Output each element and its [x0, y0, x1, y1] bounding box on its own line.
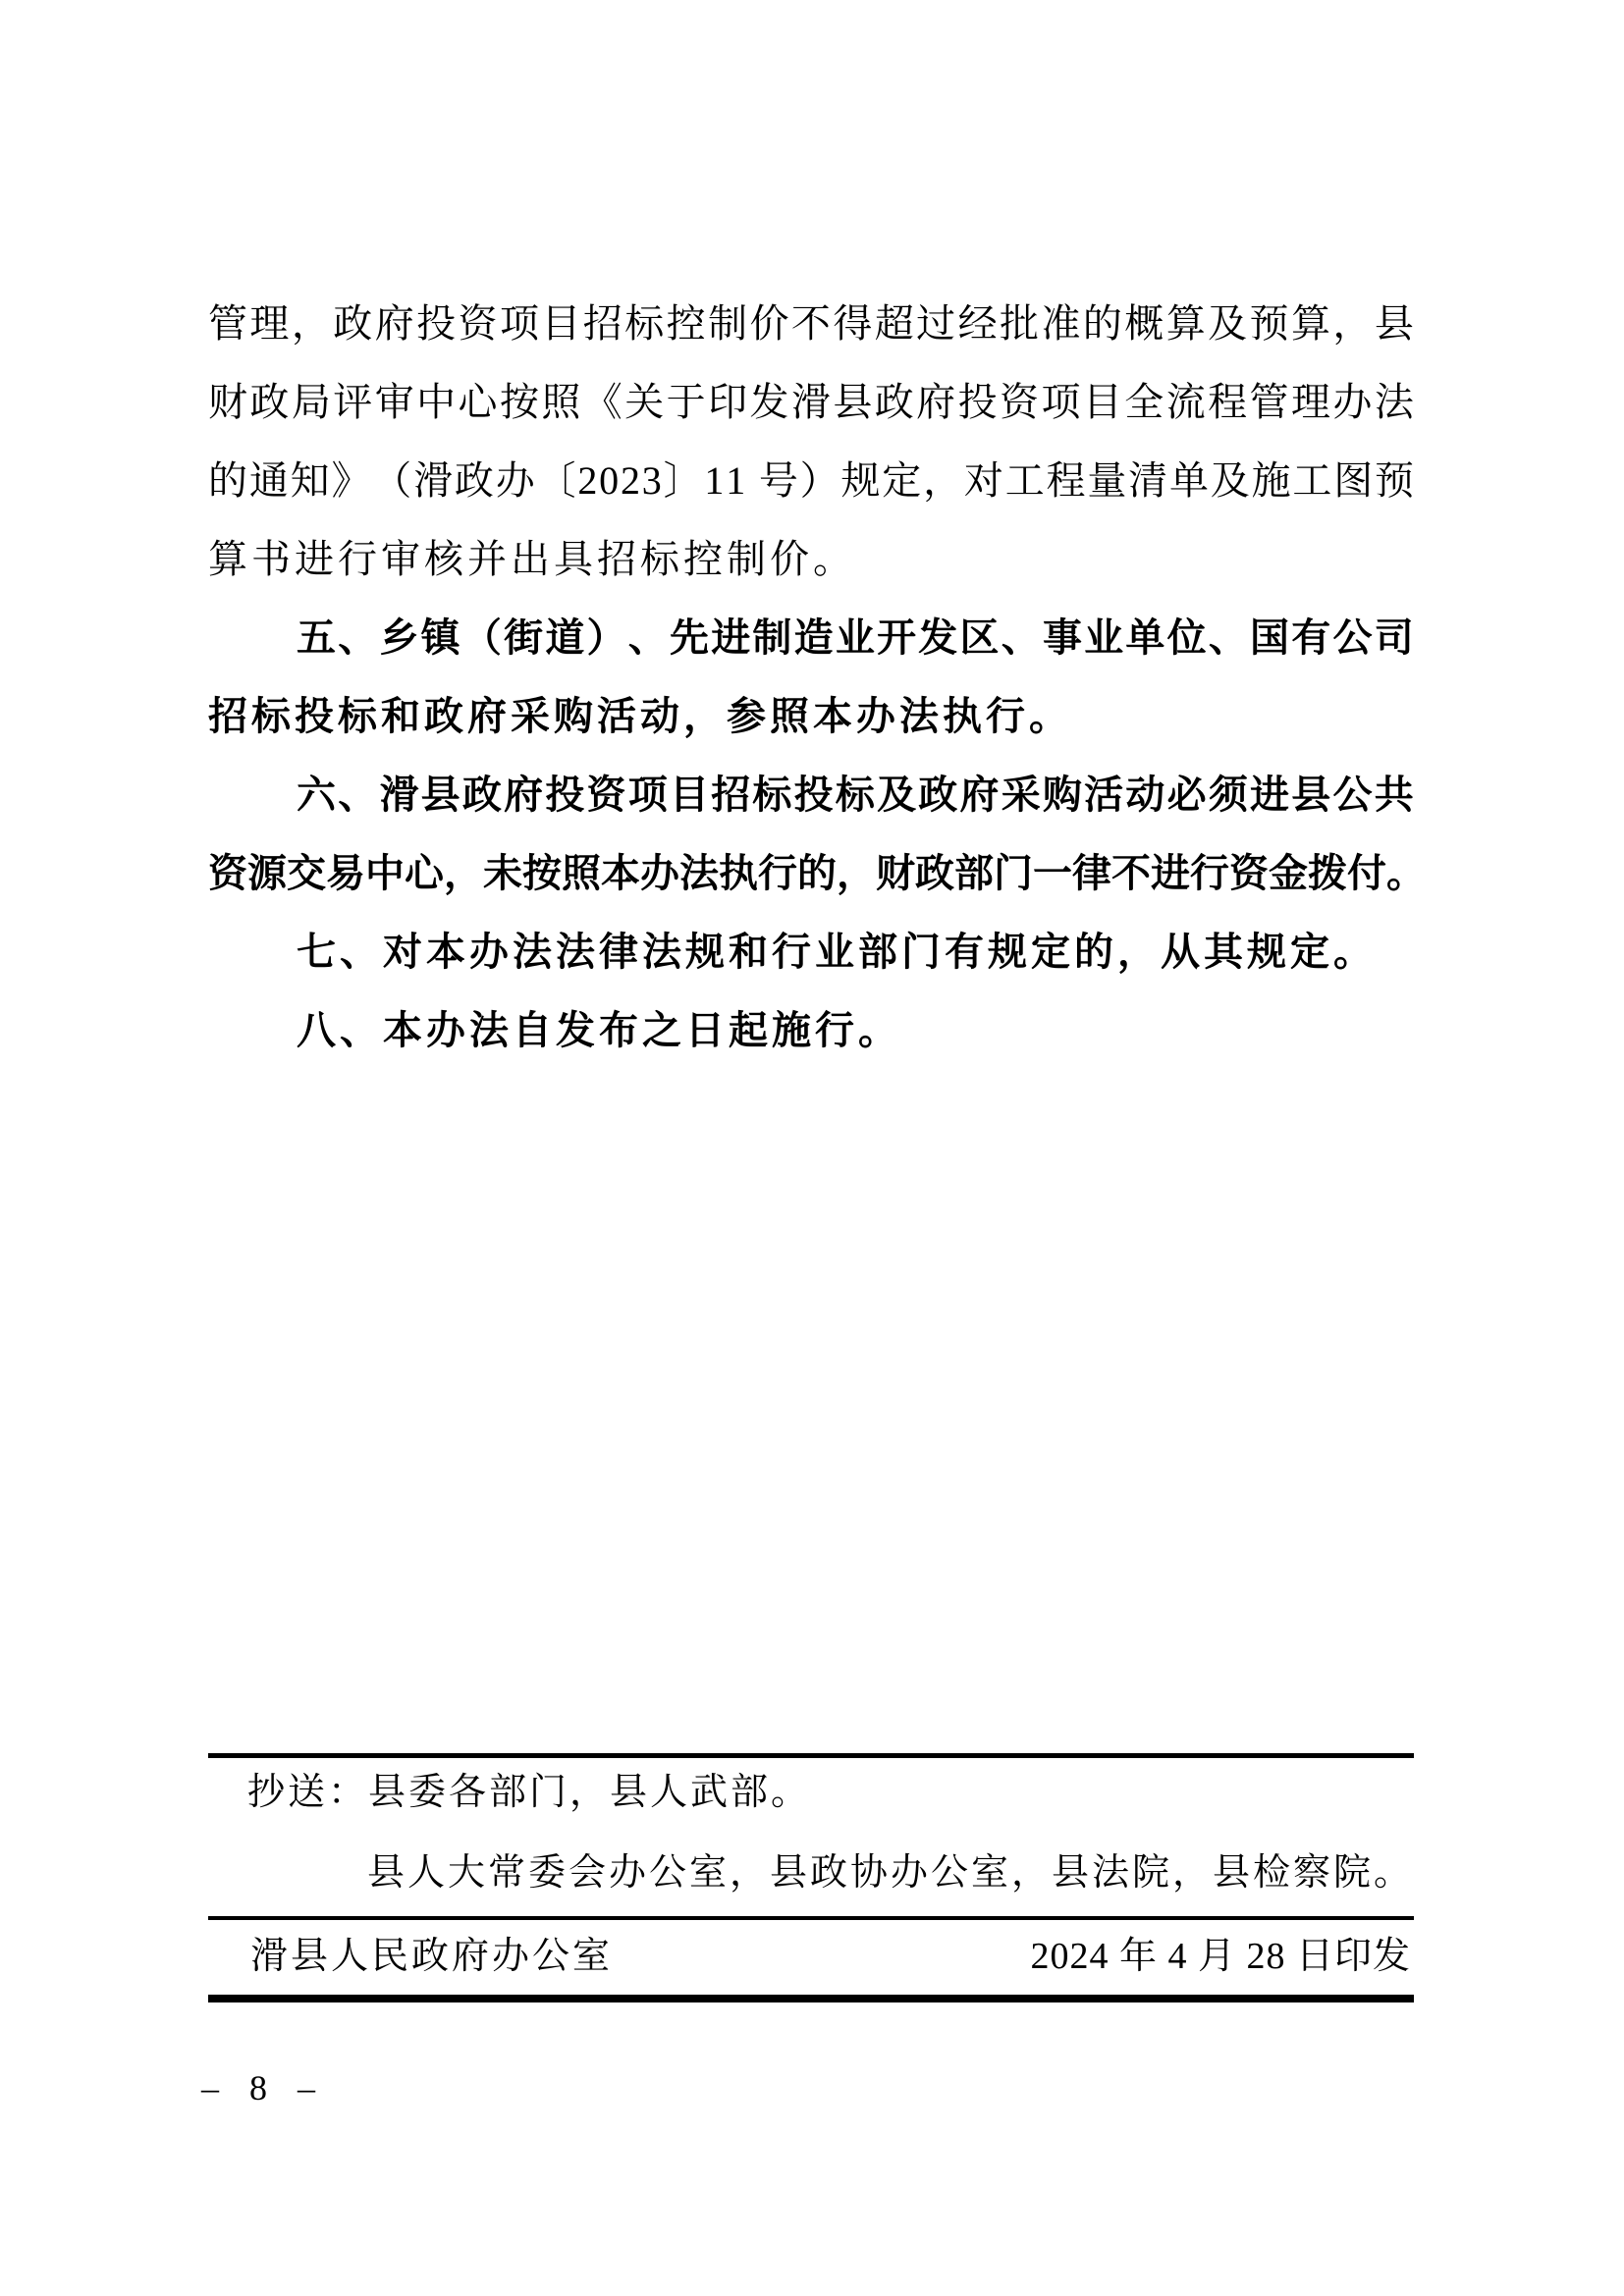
body-line: 七、对本办法法律法规和行业部门有规定的，从其规定。: [208, 913, 1414, 991]
issue-row: 滑县人民政府办公室 2024 年 4 月 28 日印发: [208, 1930, 1414, 1983]
body-line: 算书进行审核并出具招标控制价。: [208, 520, 1414, 599]
copy-to-label: 抄送：: [247, 1772, 368, 1813]
body-line: 的通知》（滑政办〔2023〕11 号）规定，对工程量清单及施工图预: [208, 442, 1414, 520]
body-line: 八、本办法自发布之日起施行。: [208, 991, 1414, 1070]
copy-to-recipients-1: 县委各部门，县人武部。: [368, 1772, 811, 1813]
body-line: 资源交易中心，未按照本办法执行的，财政部门一律不进行资金拨付。: [208, 834, 1414, 913]
document-page: 管理，政府投资项目招标控制价不得超过经批准的概算及预算，县财政局评审中心按照《关…: [0, 0, 1624, 2296]
body-line: 财政局评审中心按照《关于印发滑县政府投资项目全流程管理办法: [208, 363, 1414, 442]
page-number: – 8 –: [192, 2063, 330, 2112]
issuing-office: 滑县人民政府办公室: [250, 1930, 613, 1983]
body-line: 招标投标和政府采购活动，参照本办法执行。: [208, 677, 1414, 756]
footer-bottom-rule: [208, 1995, 1414, 2002]
print-date: 2024 年 4 月 28 日印发: [1030, 1930, 1411, 1983]
copy-to-row: 抄送：县委各部门，县人武部。: [247, 1767, 811, 1818]
copy-to-recipients-2: 县人大常委会办公室，县政协办公室，县法院，县检察院。: [367, 1847, 1414, 1898]
footer-middle-rule: [208, 1916, 1414, 1920]
footer-top-rule: [208, 1753, 1414, 1758]
document-body: 管理，政府投资项目招标控制价不得超过经批准的概算及预算，县财政局评审中心按照《关…: [208, 285, 1414, 1070]
body-line: 五、乡镇（街道）、先进制造业开发区、事业单位、国有公司: [208, 599, 1414, 677]
body-line: 管理，政府投资项目招标控制价不得超过经批准的概算及预算，县: [208, 285, 1414, 363]
body-line: 六、滑县政府投资项目招标投标及政府采购活动必须进县公共: [208, 756, 1414, 834]
